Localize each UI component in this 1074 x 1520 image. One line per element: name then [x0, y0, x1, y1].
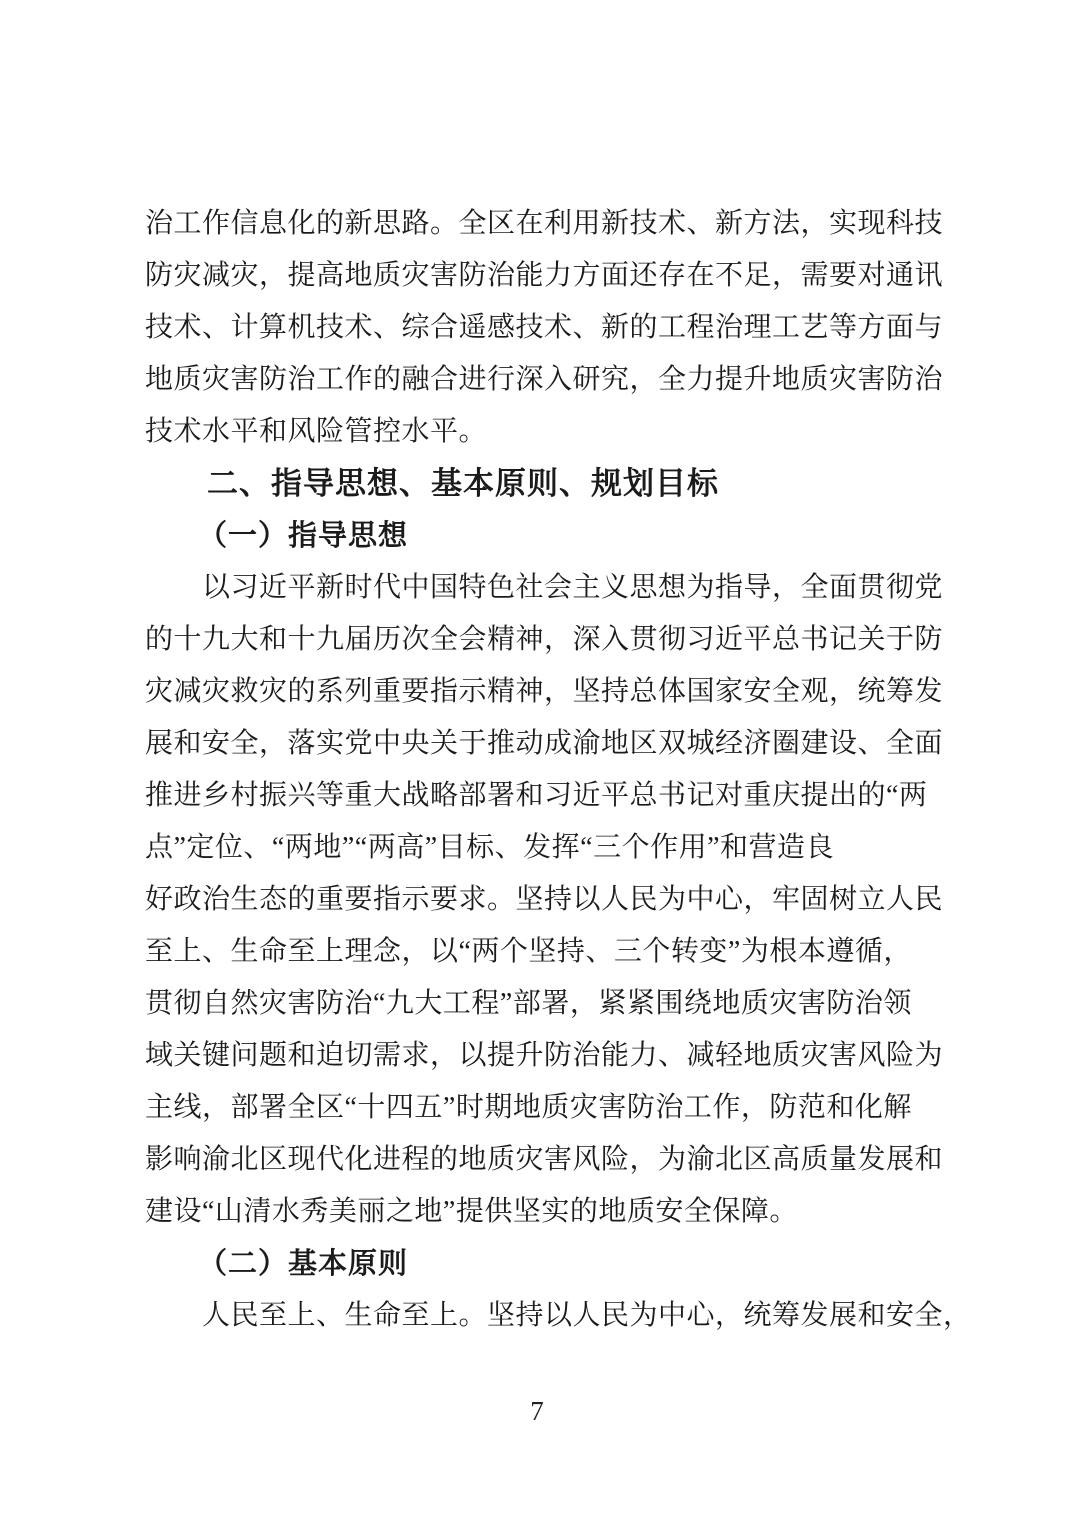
body-line: 影响渝北区现代化进程的地质灾害风险，为渝北区高质量发展和	[145, 1134, 940, 1186]
body-line: 防灾减灾，提高地质灾害防治能力方面还存在不足，需要对通讯	[145, 250, 940, 302]
page-number: 7	[530, 1396, 544, 1426]
body-line: 灾减灾救灾的系列重要指示精神，坚持总体国家安全观，统筹发	[145, 666, 940, 718]
body-line: 主线，部署全区“十四五”时期地质灾害防治工作，防范和化解	[145, 1082, 940, 1134]
body-line: 治工作信息化的新思路。全区在利用新技术、新方法，实现科技	[145, 198, 940, 250]
body-line: 展和安全，落实党中央关于推动成渝地区双城经济圈建设、全面	[145, 718, 940, 770]
page-footer: 7	[0, 1395, 1074, 1427]
body-line: 技术水平和风险管控水平。	[145, 406, 940, 458]
body-line: 以习近平新时代中国特色社会主义思想为指导，全面贯彻党	[145, 562, 940, 614]
body-line: 域关键问题和迫切需求，以提升防治能力、减轻地质灾害风险为	[145, 1030, 940, 1082]
body-line: 技术、计算机技术、综合遥感技术、新的工程治理工艺等方面与	[145, 302, 940, 354]
document-page: 治工作信息化的新思路。全区在利用新技术、新方法，实现科技 防灾减灾，提高地质灾害…	[0, 0, 1074, 1520]
document-text-block: 治工作信息化的新思路。全区在利用新技术、新方法，实现科技 防灾减灾，提高地质灾害…	[145, 198, 940, 1342]
body-line: 点”定位、“两地”“两高”目标、发挥“三个作用”和营造良	[145, 822, 940, 874]
body-line: 至上、生命至上理念，以“两个坚持、三个转变”为根本遵循，	[145, 926, 940, 978]
subsection-heading-basic-principles: （二）基本原则	[145, 1238, 940, 1290]
body-line: 好政治生态的重要指示要求。坚持以人民为中心，牢固树立人民	[145, 874, 940, 926]
body-line: 推进乡村振兴等重大战略部署和习近平总书记对重庆提出的“两	[145, 770, 940, 822]
body-line: 建设“山清水秀美丽之地”提供坚实的地质安全保障。	[145, 1186, 940, 1238]
body-line: 的十九大和十九届历次全会精神，深入贯彻习近平总书记关于防	[145, 614, 940, 666]
body-line: 贯彻自然灾害防治“九大工程”部署，紧紧围绕地质灾害防治领	[145, 978, 940, 1030]
body-line: 人民至上、生命至上。坚持以人民为中心，统筹发展和安全，	[145, 1290, 940, 1342]
subsection-heading-guiding-ideology: （一）指导思想	[145, 510, 940, 562]
body-line: 地质灾害防治工作的融合进行深入研究，全力提升地质灾害防治	[145, 354, 940, 406]
section-heading: 二、指导思想、基本原则、规划目标	[145, 458, 940, 510]
